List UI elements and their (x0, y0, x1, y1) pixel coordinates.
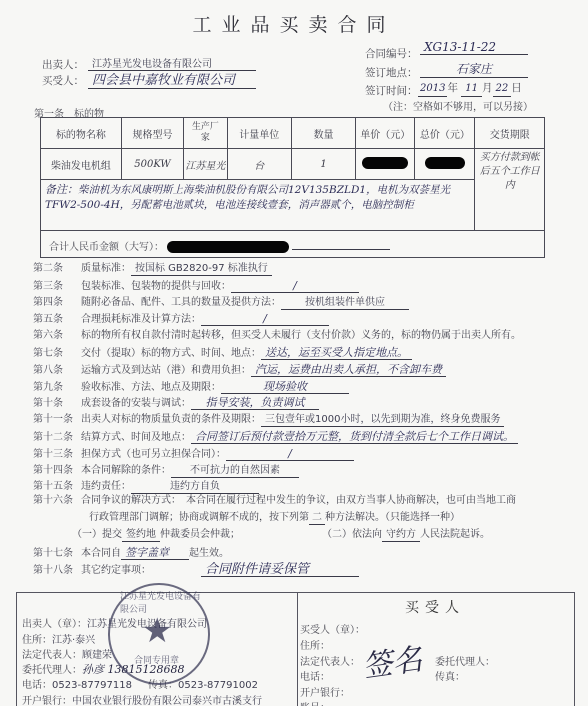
star-icon: ★ (142, 611, 172, 651)
cell-name: 柴油发电机组 (41, 149, 122, 180)
clause-17: 第十七条本合同自签字盖章起生效。 (33, 546, 229, 560)
clause-row: 第十一条出卖人对标的物质量负责的条件及期限：三包壹年或1000小时，以先到期为准… (33, 413, 563, 430)
clause-fill: 合同签订后预付款壹拾万元整，货到付清全款后七个工作日调试。 (191, 430, 518, 444)
company-seal-stamp: 江苏星光发电设备有限公司 ★ 合同专用章 (108, 583, 210, 685)
col-unit-price: 单价（元） (356, 118, 415, 149)
clause-18: 第十八条其它约定事项：合同附件请妥保管 (33, 563, 359, 577)
clause-17-fill: 签字盖章 (121, 546, 189, 560)
clause-number: 第十六条 (33, 494, 81, 507)
cell-maker: 江苏星光 (184, 149, 228, 180)
clause-text: 成套设备的安装与调试： (81, 398, 191, 409)
option2-fill: 守约方 (382, 528, 420, 542)
contract-no-label: 合同编号： (365, 46, 418, 61)
remarks-label: 备注： (45, 183, 78, 196)
clause-row: 第十四条本合同解除的条件：不可抗力的自然因素 (33, 464, 563, 481)
day-char: 日 (511, 82, 522, 94)
clause-row: 第九条验收标准、方法、地点及期限：现场验收 (33, 380, 563, 397)
clause-text: 结算方式、时间及地点： (81, 432, 191, 443)
contract-page: 工业品买卖合同 出卖人： 江苏星光发电设备有限公司 买受人： 四会县中嘉牧业有限… (0, 0, 588, 706)
col-name: 标的物名称 (41, 118, 122, 149)
seller-legal-rep-label: 法定代表人： (22, 650, 82, 661)
seller-label: 出卖人： (42, 57, 84, 72)
clause-fill: 三包壹年或1000小时，以先到期为准，终身免费服务 (261, 413, 504, 427)
clause-row: 第十二条结算方式、时间及地点：合同签订后预付款壹拾万元整，货到付清全款后七个工作… (33, 430, 563, 447)
clause-text: 出卖人对标的物质量负责的条件及期限： (81, 414, 261, 425)
clause-17-text-a: 本合同自 (81, 548, 121, 559)
buyer-agent-label: 委托代理人： (435, 653, 495, 668)
clause-fill: 按国标 GB2820-97 标准执行 (131, 262, 272, 276)
clause-fill: 指导安装，负责调试 (191, 396, 319, 410)
clause-number: 第三条 (33, 280, 81, 293)
goods-table-header: 标的物名称 规格型号 生产厂家 计量单位 数量 单价（元） 总价（元） 交货期限 (41, 118, 545, 149)
clause-number: 第十四条 (33, 464, 81, 477)
option1-fill: 签约地 (122, 528, 160, 542)
clause-row: 第四条随附必备品、配件、工具的数量及提供方法：按机组装件单供应 (33, 296, 563, 313)
clause-16: 第十六条合同争议的解决方式： 本合同在履行过程中发生的争议，由双方当事人协商解决… (33, 494, 516, 507)
year-char: 年 (447, 82, 458, 94)
table-row: 柴油发电机组 500KW 江苏星光 台 1 买方付款到帐后五个工作日内 (41, 149, 545, 180)
buyer-address-label: 住所： (300, 637, 330, 652)
contract-no-value: XG13-11-22 (420, 40, 528, 55)
clause-number: 第十一条 (33, 413, 81, 426)
clause-text: 标的物所有权自款付清时起转移，但买受人未履行（支付价款）义务的，标的物仍属于出卖… (81, 330, 521, 341)
seller-bank: 开户银行：中国农业银行股份有限公司泰兴市古溪支行 (22, 692, 262, 706)
buyer-value: 四会县中嘉牧业有限公司 (88, 69, 256, 89)
buyer-seal-label: 买受人（章）： (300, 621, 365, 636)
option1-prefix: （一）提交 (72, 529, 122, 540)
clauses-list: 第二条质量标准：按国标 GB2820-97 标准执行第三条包装标准、包装物的提供… (33, 262, 563, 497)
seller-address-label: 住所： (22, 635, 52, 646)
clause-row: 第七条交付（提取）标的物方式、时间、地点：送达，运至买受人指定地点。 (33, 346, 563, 363)
seller-address: 住所：江苏·泰兴 (22, 631, 95, 646)
cell-unit-price (356, 149, 415, 180)
buyer-bank-label: 开户银行： (300, 684, 350, 699)
clause-number: 第四条 (33, 296, 81, 309)
clause-16-option-2: （二）依法向守约方人民法院起诉。 (322, 528, 490, 542)
clause-row: 第二条质量标准：按国标 GB2820-97 标准执行 (33, 262, 563, 279)
buyer-label: 买受人： (42, 73, 84, 88)
option2-prefix: （二）依法向 (322, 529, 382, 540)
clause-text: 运输方式及到达站（港）和费用负担： (81, 365, 251, 376)
clause-text: 验收标准、方法、地点及期限： (81, 382, 221, 393)
sign-place-label: 签订地点： (365, 65, 418, 80)
clause-16-option-1: （一）提交签约地仲裁委员会仲裁； (72, 528, 240, 542)
seller-address-value: 江苏·泰兴 (52, 635, 95, 646)
clause-17-text-b: 起生效。 (189, 548, 229, 559)
cell-qty: 1 (291, 149, 355, 180)
remarks-row: 备注：柴油机为东风康明斯上海柴油机股份有限公司12V135BZLD1，电机为双荟… (41, 180, 545, 231)
clause-row: 第十条成套设备的安装与调试：指导安装，负责调试 (33, 396, 563, 413)
sign-day: 22 (493, 83, 512, 97)
clause-16-line2: 行政管理部门调解；协商或调解不成的，按下列第二种方法解决。（只能选择一种） (89, 511, 460, 525)
sign-month: 11 (461, 83, 482, 97)
clause-fill: 按机组装件单供应 (281, 296, 409, 310)
seller-agent-label: 委托代理人： (22, 665, 82, 676)
clause-fill: 送达，运至买受人指定地点。 (261, 346, 412, 360)
buyer-phone-label: 电话： (300, 668, 330, 683)
clause-number: 第十条 (33, 397, 81, 410)
total-cell: 合计人民币金额（大写）： (41, 231, 545, 258)
clause-number: 第八条 (33, 364, 81, 377)
clause-fill: / (226, 447, 354, 461)
sign-year: 2013 (418, 83, 447, 97)
clause-16-line2-b: 种方法解决。（只能选择一种） (325, 512, 460, 523)
clause-number: 第九条 (33, 381, 81, 394)
clause-16-line1: 合同争议的解决方式： 本合同在履行过程中发生的争议，由双方当事人协商解决，也可由… (81, 495, 516, 506)
total-redaction (167, 241, 289, 253)
clause-number: 第十七条 (33, 547, 81, 560)
clause-text: 合理损耗标准及计算方法： (81, 314, 201, 325)
seller-legal-rep: 法定代表人：顾建荣 (22, 646, 112, 661)
redaction-mark (362, 157, 408, 169)
buyer-block-heading: 买受人 (296, 597, 574, 617)
buyer-fax-label: 传真： (435, 668, 465, 683)
clause-fill: 违约方自负 (131, 480, 259, 494)
clause-text: 随附必备品、配件、工具的数量及提供方法： (81, 297, 281, 308)
sign-date: 2013年 11月22日 (418, 80, 522, 97)
clause-18-text: 其它约定事项： (81, 565, 151, 576)
clause-number: 第十五条 (33, 480, 81, 493)
buyer-legal-rep-label: 法定代表人： (300, 653, 360, 668)
stamp-bottom-text: 合同专用章 (134, 653, 179, 666)
col-delivery: 交货期限 (475, 118, 545, 149)
seller-seal-label: 出卖人（章）： (22, 619, 87, 630)
seller-phone-label: 电话： (22, 680, 52, 691)
clause-text: 包装标准、包装物的提供与回收： (81, 281, 231, 292)
col-model: 规格型号 (121, 118, 183, 149)
col-unit: 计量单位 (227, 118, 291, 149)
month-char: 月 (482, 82, 493, 94)
clause-number: 第七条 (33, 347, 81, 360)
clause-16-choice: 二 (309, 511, 325, 525)
cell-model: 500KW (121, 149, 183, 180)
seller-phone-value: 0523-87797118 (52, 680, 132, 691)
remarks-cell: 备注：柴油机为东风康明斯上海柴油机股份有限公司12V135BZLD1，电机为双荟… (41, 180, 475, 231)
clause-fill: 汽运，运费由出卖人承担，不含卸车费 (251, 363, 446, 377)
clause-number: 第二条 (33, 262, 81, 275)
cell-delivery: 买方付款到帐后五个工作日内 (475, 149, 545, 231)
cell-unit: 台 (227, 149, 291, 180)
remarks-value: 柴油机为东风康明斯上海柴油机股份有限公司12V135BZLD1，电机为双荟星光T… (45, 184, 450, 211)
buyer-account-label: 账号： (300, 699, 330, 706)
clause-text: 质量标准： (81, 263, 131, 274)
cell-total-price (415, 149, 475, 180)
clause-18-fill: 合同附件请妥保管 (201, 563, 359, 577)
option1-suffix: 仲裁委员会仲裁； (160, 529, 240, 540)
clause-fill: / (231, 279, 359, 293)
seller-fax-value: 0523-87791002 (178, 680, 258, 691)
total-underline (292, 236, 390, 250)
col-total-price: 总价（元） (415, 118, 475, 149)
clause-number: 第六条 (33, 329, 81, 342)
clause-row: 第三条包装标准、包装物的提供与回收：/ (33, 279, 563, 296)
clause-row: 第五条合理损耗标准及计算方法：/ (33, 312, 563, 329)
clause-text: 违约责任： (81, 481, 131, 492)
total-label: 合计人民币金额（大写）： (49, 242, 164, 253)
clause-number: 第十三条 (33, 448, 81, 461)
clause-fill: / (201, 312, 329, 326)
seller-bank-value: 中国农业银行股份有限公司泰兴市古溪支行 (72, 696, 262, 706)
sign-time-label: 签订时间： (365, 83, 418, 98)
clause-number: 第十八条 (33, 564, 81, 577)
seller-legal-rep-value: 顾建荣 (82, 650, 112, 661)
document-title: 工业品买卖合同 (0, 10, 588, 37)
clause-number: 第十二条 (33, 431, 81, 444)
clause-row: 第六条标的物所有权自款付清时起转移，但买受人未履行（支付价款）义务的，标的物仍属… (33, 329, 563, 346)
clause-fill: 现场验收 (221, 380, 349, 394)
clause-row: 第八条运输方式及到达站（港）和费用负担：汽运，运费由出卖人承担，不含卸车费 (33, 363, 563, 380)
clause-fill: 不可抗力的自然因素 (171, 464, 299, 478)
sign-place-value: 石家庄 (420, 60, 528, 78)
clause-text: 本合同解除的条件： (81, 465, 171, 476)
clause-number: 第五条 (33, 313, 81, 326)
seller-phone: 电话：0523-87797118 (22, 676, 132, 691)
col-qty: 数量 (291, 118, 355, 149)
total-row: 合计人民币金额（大写）： (41, 231, 545, 258)
goods-table: 标的物名称 规格型号 生产厂家 计量单位 数量 单价（元） 总价（元） 交货期限… (40, 117, 545, 258)
option2-suffix: 人民法院起诉。 (420, 529, 490, 540)
buyer-legal-rep-signature: 签名 (359, 634, 425, 686)
clause-16-line2-a: 行政管理部门调解；协商或调解不成的，按下列第 (89, 512, 309, 523)
clause-row: 第十三条担保方式（也可另立担保合同）：/ (33, 447, 563, 464)
seller-bank-label: 开户银行： (22, 696, 72, 706)
col-maker: 生产厂家 (184, 118, 228, 149)
note-top: （注：空格如不够用，可以另接） (383, 98, 533, 113)
clause-text: 担保方式（也可另立担保合同）： (81, 449, 226, 460)
redaction-mark (425, 157, 465, 169)
clause-text: 交付（提取）标的物方式、时间、地点： (81, 348, 261, 359)
